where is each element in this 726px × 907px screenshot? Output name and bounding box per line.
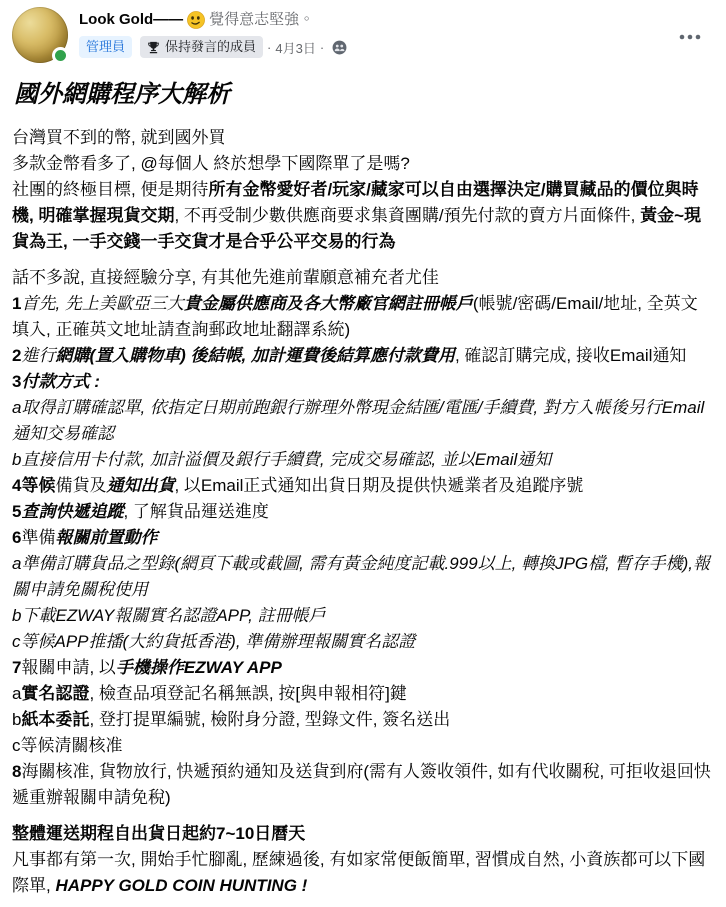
post-line: c等候APP推播(大約貨抵香港), 準備辦理報關實名認證 [12, 629, 714, 655]
post-paragraph-outro: 整體運送期程自出貨日起約7~10日曆天凡事都有第一次, 開始手忙腳亂, 歷練過後… [12, 821, 714, 899]
post-line: 6準備報關前置動作 [12, 525, 714, 551]
post-line: 5查詢快遞追蹤, 了解貨品運送進度 [12, 499, 714, 525]
text-run: 4等候 [12, 476, 55, 495]
post-line: 台灣買不到的幣, 就到國外買 [12, 125, 714, 151]
post-line: 1首先, 先上美歐亞三大貴金屬供應商及各大幣廠官網註冊帳戶(帳號/密碼/Emai… [12, 291, 714, 343]
meta-line: 管理員 保持發言的成員 · 4月3日 · [79, 36, 347, 58]
post-header: Look Gold—— 覺得意志堅強。 管理員 [12, 7, 714, 63]
post-line: 凡事都有第一次, 開始手忙腳亂, 歷練過後, 有如家常便飯簡單, 習慣成自然, … [12, 847, 714, 899]
meta-separator: · [267, 40, 271, 55]
post-line: b直接信用卡付款, 加計溢價及銀行手續費, 完成交易確認, 並以Email通知 [12, 447, 714, 473]
text-run: , 確認訂購完成, 接收Email通知 [455, 346, 686, 365]
post-line: 整體運送期程自出貨日起約7~10日曆天 [12, 821, 714, 847]
post-line: 社團的終極目標, 便是期待所有金幣愛好者/玩家/藏家可以自由選擇決定/購買藏品的… [12, 177, 714, 255]
post-line: b紙本委託, 登打提單編號, 檢附身分證, 型錄文件, 簽名送出 [12, 707, 714, 733]
smirk-emoji-icon [187, 11, 205, 29]
post-line: a取得訂購確認單, 依指定日期前跑銀行辦理外幣現金結匯/電匯/手續費, 對方入帳… [12, 395, 714, 447]
text-run: 準備 [21, 528, 55, 547]
text-run: 通知出貨 [106, 476, 174, 495]
facebook-post: Look Gold—— 覺得意志堅強。 管理員 [0, 0, 726, 907]
text-run: b直接信用卡付款, 加計溢價及銀行手續費, 完成交易確認, 並以Email通知 [12, 450, 551, 469]
post-line: 3付款方式 : [12, 369, 714, 395]
post-line: 話不多說, 直接經驗分享, 有其他先進前輩願意補充者尤佳 [12, 265, 714, 291]
text-run: 報關前置動作 [55, 528, 157, 547]
feeling-status-text: 覺得意志堅強。 [209, 10, 314, 30]
admin-badge: 管理員 [79, 36, 132, 58]
post-line: 多款金幣看多了, @每個人 終於想學下國際單了是嗎? [12, 151, 714, 177]
header-info: Look Gold—— 覺得意志堅強。 管理員 [79, 7, 347, 58]
text-run: , 了解貨品運送進度 [123, 502, 268, 521]
text-run: , 以Email正式通知出貨日期及提供快遞業者及追蹤序號 [174, 476, 583, 495]
post-date-link[interactable]: 4月3日 [275, 38, 315, 57]
text-run: 首先, 先上美歐亞三大 [21, 294, 183, 313]
text-run: 付款方式 : [21, 372, 99, 391]
text-run: HAPPY GOLD COIN HUNTING ! [55, 876, 307, 895]
text-run: c等候清關核准 [12, 736, 123, 755]
text-run: 貴金屬供應商及各大幣廠官網註冊帳戶 [184, 294, 473, 313]
text-run: 紙本委託 [21, 710, 89, 729]
post-line: a實名認證, 檢查品項登記名稱無誤, 按[與申報相符]鍵 [12, 681, 714, 707]
member-badge: 保持發言的成員 [140, 36, 263, 58]
meta-separator: · [320, 40, 324, 55]
post-line: c等候清關核准 [12, 733, 714, 759]
text-run: 手機操作EZWAY APP [116, 658, 282, 677]
text-run: a準備訂購貨品之型錄(網頁下載或截圖, 需有黃金純度記載.999以上, 轉換JP… [12, 554, 710, 599]
text-run: , 檢查品項登記名稱無誤, 按[與申報相符]鍵 [89, 684, 406, 703]
text-run: 實名認證 [21, 684, 89, 703]
name-line: Look Gold—— 覺得意志堅強。 [79, 10, 347, 30]
avatar[interactable] [12, 7, 68, 63]
text-run: 話不多說, 直接經驗分享, 有其他先進前輩願意補充者尤佳 [12, 268, 439, 287]
post-line: 8海關核准, 貨物放行, 快遞預約通知及送貨到府(需有人簽收領件, 如有代收關稅… [12, 759, 714, 811]
post-line: a準備訂購貨品之型錄(網頁下載或截圖, 需有黃金純度記載.999以上, 轉換JP… [12, 551, 714, 603]
post-paragraph-intro: 台灣買不到的幣, 就到國外買多款金幣看多了, @每個人 終於想學下國際單了是嗎?… [12, 125, 714, 255]
post-paragraph-steps: 話不多說, 直接經驗分享, 有其他先進前輩願意補充者尤佳1首先, 先上美歐亞三大… [12, 265, 714, 811]
text-run: b下載EZWAY報關實名認證APP, 註冊帳戶 [12, 606, 326, 625]
text-run: 台灣買不到的幣, 就到國外買 [12, 128, 225, 147]
post-line: b下載EZWAY報關實名認證APP, 註冊帳戶 [12, 603, 714, 629]
text-run: 網購(置入購物車) 後結帳, 加計運費後結算應付款費用 [55, 346, 455, 365]
text-run: 多款金幣看多了, @每個人 終於想學下國際單了是嗎? [12, 154, 410, 173]
post-title: 國外網購程序大解析 [14, 80, 714, 110]
text-run: 進行 [21, 346, 55, 365]
text-run: 整體運送期程自出貨日起約7~10日曆天 [12, 824, 305, 843]
post-body: 台灣買不到的幣, 就到國外買多款金幣看多了, @每個人 終於想學下國際單了是嗎?… [12, 125, 714, 899]
text-run: 備貨及 [55, 476, 106, 495]
author-name-link[interactable]: Look Gold—— [79, 10, 183, 30]
post-line: 7報關申請, 以手機操作EZWAY APP [12, 655, 714, 681]
text-run: , 不再受制少數供應商要求集資團購/預先付款的賣方片面條件, [174, 206, 640, 225]
text-run: 報關申請, 以 [21, 658, 115, 677]
text-run: a取得訂購確認單, 依指定日期前跑銀行辦理外幣現金結匯/電匯/手續費, 對方入帳… [12, 398, 704, 443]
ellipsis-icon [679, 34, 701, 40]
more-options-button[interactable] [674, 25, 706, 49]
member-badge-label: 保持發言的成員 [165, 39, 256, 55]
text-run: 查詢快遞追蹤 [21, 502, 123, 521]
text-run: , 登打提單編號, 檢附身分證, 型錄文件, 簽名送出 [89, 710, 450, 729]
post-line: 2進行網購(置入購物車) 後結帳, 加計運費後結算應付款費用, 確認訂購完成, … [12, 343, 714, 369]
text-run: 海關核准, 貨物放行, 快遞預約通知及送貨到府(需有人簽收領件, 如有代收關稅,… [12, 762, 711, 807]
post-line: 4等候備貨及通知出貨, 以Email正式通知出貨日期及提供快遞業者及追蹤序號 [12, 473, 714, 499]
online-status-dot [52, 47, 69, 64]
trophy-icon [147, 41, 160, 54]
text-run: c等候APP推播(大約貨抵香港), 準備辦理報關實名認證 [12, 632, 415, 651]
text-run: 社團的終極目標, 便是期待 [12, 180, 208, 199]
group-privacy-icon [332, 40, 347, 55]
